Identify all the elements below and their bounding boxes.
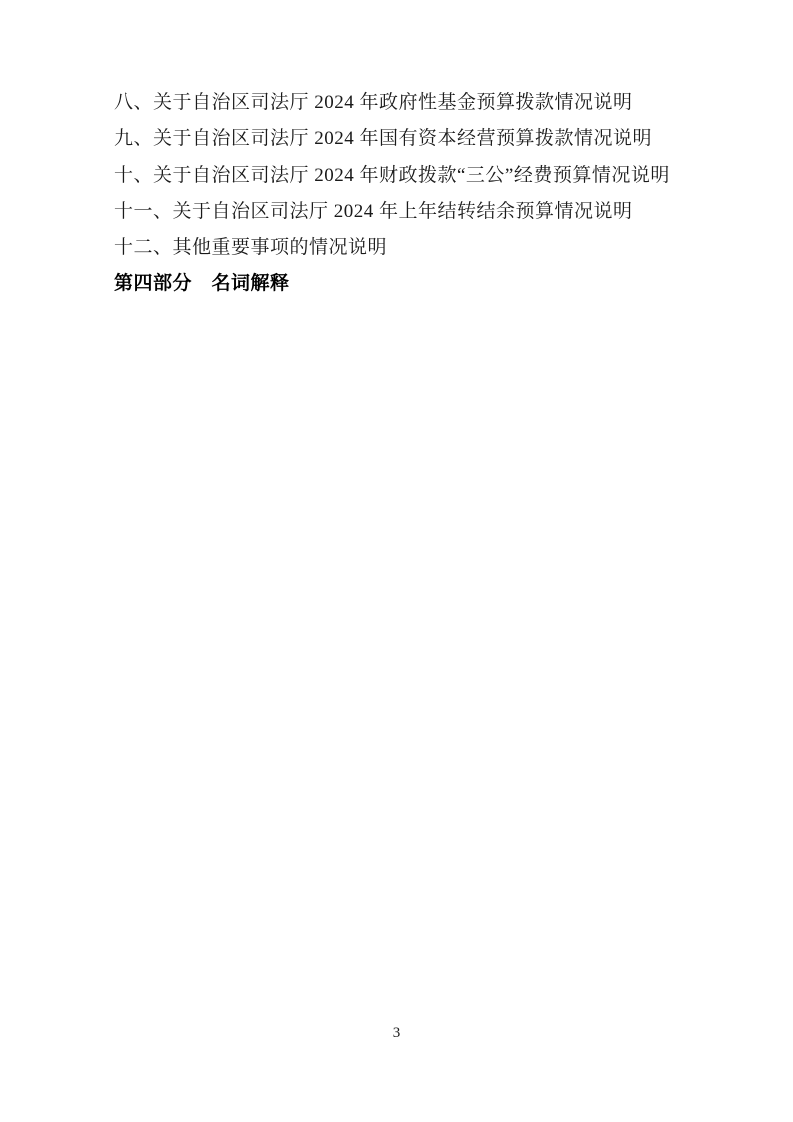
toc-item-10: 十、关于自治区司法厅 2024 年财政拨款“三公”经费预算情况说明 [114, 158, 674, 194]
toc-item-11: 十一、关于自治区司法厅 2024 年上年结转结余预算情况说明 [114, 194, 674, 230]
toc-section: 八、关于自治区司法厅 2024 年政府性基金预算拨款情况说明 九、关于自治区司法… [114, 85, 674, 303]
toc-item-12: 十二、其他重要事项的情况说明 [114, 230, 674, 266]
toc-item-8: 八、关于自治区司法厅 2024 年政府性基金预算拨款情况说明 [114, 85, 674, 121]
document-page: 八、关于自治区司法厅 2024 年政府性基金预算拨款情况说明 九、关于自治区司法… [0, 0, 793, 1122]
section-heading-part4: 第四部分 名词解释 [114, 266, 674, 302]
page-number: 3 [0, 1025, 793, 1042]
toc-item-9: 九、关于自治区司法厅 2024 年国有资本经营预算拨款情况说明 [114, 121, 674, 157]
